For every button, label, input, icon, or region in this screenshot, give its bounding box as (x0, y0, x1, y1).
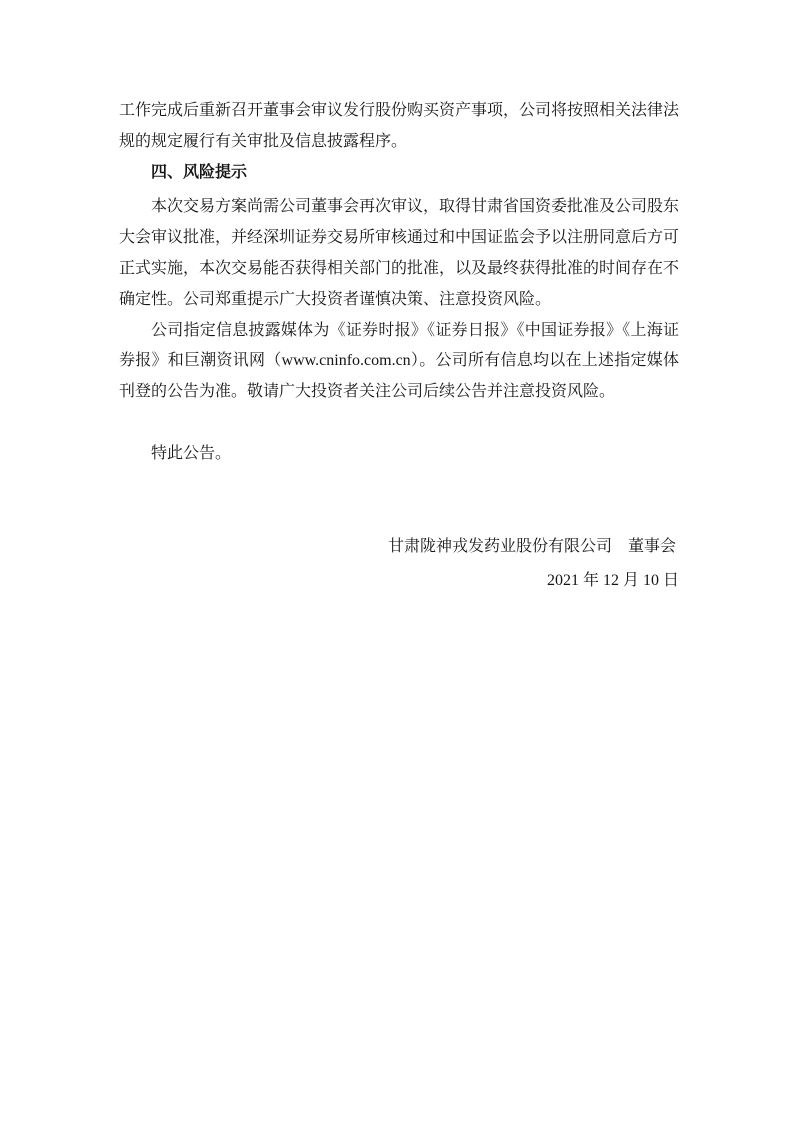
paragraph-line: 刊登的公告为准。敬请广大投资者关注公司后续公告并注意投资风险。 (119, 377, 679, 408)
paragraph-line: 券报》和巨潮资讯网（www.cninfo.com.cn）。公司所有信息均以在上述… (119, 346, 679, 377)
paragraph-disclosure-media: 公司指定信息披露媒体为《证券时报》《证券日报》《中国证券报》《上海证 券报》和巨… (119, 316, 679, 408)
paragraph-line: 规的规定履行有关审批及信息披露程序。 (119, 127, 679, 158)
document-body: 工作完成后重新召开董事会审议发行股份购买资产事项，公司将按照相关法律法 规的规定… (119, 96, 679, 596)
paragraph-line: 本次交易方案尚需公司董事会再次审议，取得甘肃省国资委批准及公司股东 (119, 192, 679, 223)
paragraph-line: 正式实施，本次交易能否获得相关部门的批准，以及最终获得批准的时间存在不 (119, 254, 679, 285)
paragraph-line: 公司指定信息披露媒体为《证券时报》《证券日报》《中国证券报》《上海证 (119, 316, 679, 347)
closing-statement: 特此公告。 (119, 439, 679, 470)
paragraph-line: 工作完成后重新召开董事会审议发行股份购买资产事项，公司将按照相关法律法 (119, 96, 679, 127)
paragraph-line: 确定性。公司郑重提示广大投资者谨慎决策、注意投资风险。 (119, 285, 679, 316)
signature-company: 甘肃陇神戎发药业股份有限公司 董事会 (119, 532, 679, 563)
paragraph-line: 大会审议批准，并经深圳证券交易所审核通过和中国证监会予以注册同意后方可 (119, 223, 679, 254)
section-heading-risk-notice: 四、风险提示 (119, 158, 679, 189)
paragraph-continuation: 工作完成后重新召开董事会审议发行股份购买资产事项，公司将按照相关法律法 规的规定… (119, 96, 679, 158)
paragraph-approval-risk: 本次交易方案尚需公司董事会再次审议，取得甘肃省国资委批准及公司股东 大会审议批准… (119, 192, 679, 315)
signature-date: 2021 年 12 月 10 日 (119, 566, 679, 597)
announcement-page: 工作完成后重新召开董事会审议发行股份购买资产事项，公司将按照相关法律法 规的规定… (0, 0, 793, 1122)
